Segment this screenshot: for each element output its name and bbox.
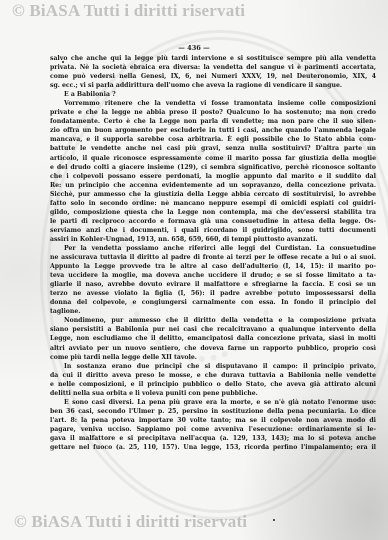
text-line: mancava, e il supporla sarebbe cosa arbi…: [50, 135, 376, 144]
text-line: gliarle il naso, avrebbe dovuto evirare …: [50, 280, 376, 289]
scanned-page: © BiASA Tutti i diritti riservati — 436 …: [0, 0, 388, 540]
paragraph: In sostanza erano due principî che si di…: [50, 362, 376, 398]
text-line: fatto solo in secondo ordine: nè mancano…: [50, 199, 376, 208]
text-line: Per la vendetta possiamo anche riferirci…: [50, 244, 376, 253]
text-line: da cui il diritto aveva preso le mosse, …: [50, 371, 376, 380]
text-line: teva uccidere la moglie, ma doveva anche…: [50, 271, 376, 280]
text-line: Re: un principio che accenna evidentemen…: [50, 181, 376, 190]
text-line: privata. Nè la società ebraica era diver…: [50, 63, 376, 72]
body-text: salvo che anche qui la legge più tardi i…: [50, 54, 376, 452]
text-line: sg. ecc.; vi si parla addirittura dell'u…: [50, 81, 376, 90]
copyright-watermark-top: © BiASA Tutti i diritti riservati: [12, 1, 245, 21]
text-line: In sostanza erano due principî che si di…: [50, 362, 376, 371]
text-line: le parti di reciproco accordo e formava …: [50, 217, 376, 226]
text-line: ben 36 casi, secondo l'Ulmer p. 25, pers…: [50, 407, 376, 416]
paragraph: E sono casi diversi. La pena più grave e…: [50, 398, 376, 452]
text-line: come può vedersi nella Genesi, IX, 6, ne…: [50, 72, 376, 81]
text-line: pagare, veniva ucciso. Sappiamo poi come…: [50, 425, 376, 434]
text-line: Appunto la Legge provvede tra le altre a…: [50, 262, 376, 271]
text-line: E a Babilonia ?: [50, 90, 376, 99]
text-line: battute le vendette anche nei casi più g…: [50, 144, 376, 153]
text-line: assiri in Kohler-Ungnad, 1913, nn. 658, …: [50, 235, 376, 244]
text-line: taglione.: [50, 307, 376, 316]
paragraph: Nondimeno, pur ammesso che il diritto de…: [50, 316, 376, 361]
text-line: l'art. 8: la pena poteva importare 30 vo…: [50, 416, 376, 425]
text-line: Legge, non escludiamo che il delitto, em…: [50, 334, 376, 343]
text-line: e nelle composizioni, e il principio pub…: [50, 380, 376, 389]
paragraph: salvo che anche qui la legge più tardi i…: [50, 54, 376, 90]
text-line: Vorremmo ritenere che la vendetta vi fos…: [50, 99, 376, 108]
text-line: come più tardi nella legge delle XII tav…: [50, 353, 376, 362]
scan-speck: [62, 61, 64, 63]
paragraph: Vorremmo ritenere che la vendetta vi fos…: [50, 99, 376, 244]
text-line: serviamo anzi che i documenti, i quali r…: [50, 226, 376, 235]
text-line: terzo ne avesse violato la figlia (I, 56…: [50, 289, 376, 298]
text-line: ne assicurava tuttavia il diritto al pad…: [50, 253, 376, 262]
page-number: — 436 —: [0, 44, 388, 52]
text-line: Nondimeno, pur ammesso che il diritto de…: [50, 316, 376, 325]
text-line: zio offra un buon argomento per escluder…: [50, 126, 376, 135]
text-line: e del drudo colti a giacere insieme (129…: [50, 163, 376, 172]
text-line: articolo, il quale riconosce espressamen…: [50, 154, 376, 163]
text-line: salvo che anche qui la legge più tardi i…: [50, 54, 376, 63]
text-line: Sicchè, pur ammesso che la giustizia del…: [50, 190, 376, 199]
text-line: gildo, composizione questa che la Legge …: [50, 208, 376, 217]
text-line: fondatamente. Certo è che la Legge non p…: [50, 117, 376, 126]
section-question: E a Babilonia ?: [50, 90, 376, 99]
scan-speck: [273, 519, 275, 521]
text-line: altri avviato per un nuovo sentiero, che…: [50, 344, 376, 353]
copyright-watermark-bottom: © BiASA Tutti i diritti riservati: [14, 512, 247, 532]
text-line: che i colpevoli possano essere perdonati…: [50, 172, 376, 181]
paragraph: Per la vendetta possiamo anche riferirci…: [50, 244, 376, 316]
text-line: delitti nella sua orbita e li voleva pun…: [50, 389, 376, 398]
text-line: E sono casi diversi. La pena più grave e…: [50, 398, 376, 407]
text-line: gava il malfattore e si precipitava nell…: [50, 434, 376, 443]
text-line: gettare nel fuoco (a. 25, 110, 157). Una…: [50, 443, 376, 452]
text-line: donna del colpevole, e congiungersi carn…: [50, 298, 376, 307]
text-line: siano persistiti a Babilonia pur nei cas…: [50, 325, 376, 334]
text-line: private e che la legge ne abbia preso il…: [50, 108, 376, 117]
